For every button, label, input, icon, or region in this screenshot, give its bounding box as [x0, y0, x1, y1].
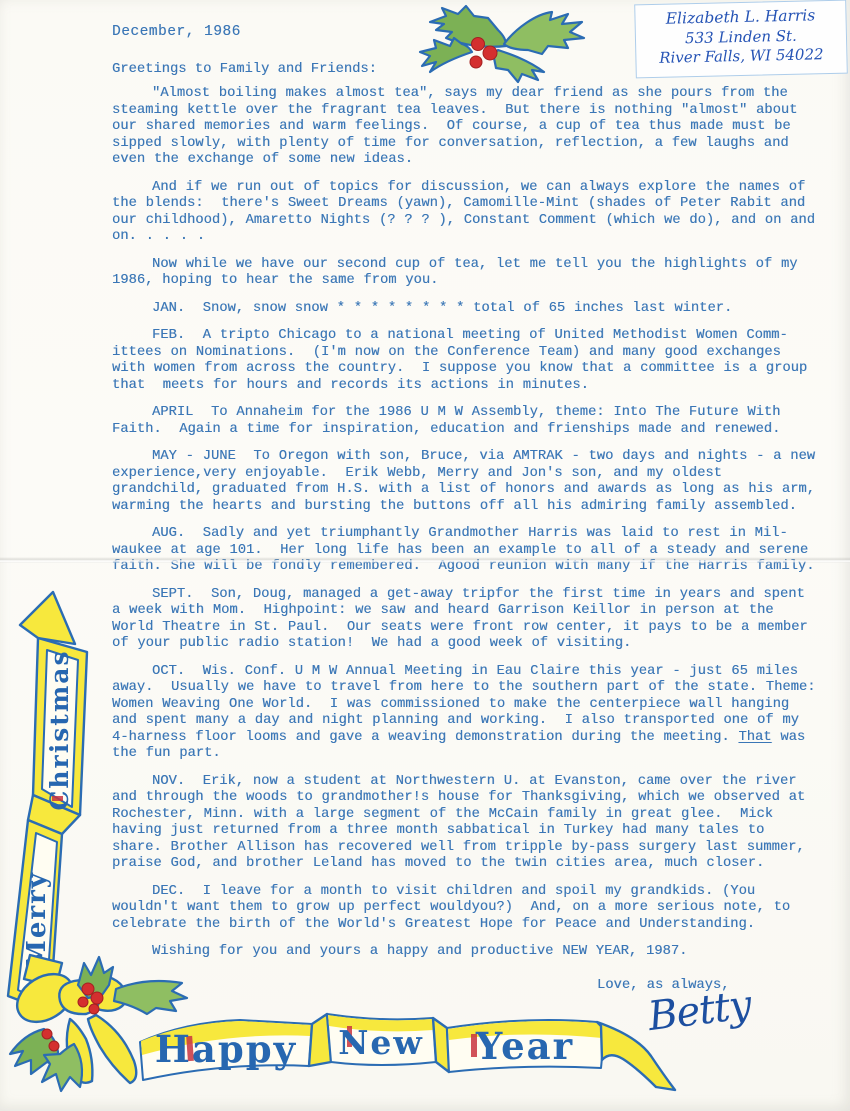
happy-new-year-banner: Happy New Year — [135, 1008, 680, 1108]
paragraph-jan: JAN. Snow, snow snow * * * * * * * * tot… — [112, 301, 816, 318]
paragraph-text: "Almost boiling makes almost tea", says … — [112, 86, 806, 167]
paragraph-text: FEB. A tripto Chicago to a national meet… — [112, 328, 816, 393]
paragraph-april: APRIL To Annaheim for the 1986 U M W Ass… — [112, 405, 816, 438]
paragraph-text: JAN. Snow, snow snow * * * * * * * * tot… — [152, 301, 732, 316]
paragraph-text: DEC. I leave for a month to visit childr… — [112, 884, 799, 932]
paragraph-feb: FEB. A tripto Chicago to a national meet… — [112, 328, 816, 394]
paragraph-text: Now while we have our second cup of tea,… — [112, 257, 806, 289]
banner-word-happy: Happy — [155, 1027, 297, 1071]
paragraph-oct: OCT. Wis. Conf. U M W Annual Meeting in … — [112, 664, 816, 763]
ribbon-word-christmas: Christmas — [45, 649, 74, 810]
paragraph-text: AUG. Sadly and yet triumphantly Grandmot… — [112, 526, 817, 574]
paragraph-text: NOV. Erik, now a student at Northwestern… — [112, 774, 814, 872]
paragraph-text: MAY - JUNE To Oregon with son, Bruce, vi… — [112, 449, 824, 514]
paragraph-aug: AUG. Sadly and yet triumphantly Grandmot… — [112, 526, 816, 576]
paragraph-text: OCT. Wis. Conf. U M W Annual Meeting in … — [112, 664, 824, 745]
banner-word-year: Year — [475, 1024, 574, 1068]
letter-date: December, 1986 — [112, 24, 241, 40]
paragraph-text: APRIL To Annaheim for the 1986 U M W Ass… — [112, 405, 789, 437]
paragraph-text: Wishing for you and yours a happy and pr… — [152, 944, 687, 959]
paragraph-sept: SEPT. Son, Doug, managed a get-away trip… — [112, 587, 816, 653]
paragraph-text: SEPT. Son, Doug, managed a get-away trip… — [112, 587, 816, 652]
letter-body: "Almost boiling makes almost tea", says … — [112, 86, 816, 961]
sender-city: River Falls, WI 54022 — [640, 45, 842, 69]
salutation: Greetings to Family and Friends: — [112, 62, 377, 77]
letter-page: Elizabeth L. Harris 533 Linden St. River… — [0, 0, 850, 1111]
underlined-text: That — [738, 730, 771, 745]
paragraph-wishing: Wishing for you and yours a happy and pr… — [112, 944, 816, 961]
holly-sprig-icon — [412, 2, 592, 84]
address-label: Elizabeth L. Harris 533 Linden St. River… — [634, 0, 848, 79]
paragraph-may-june: MAY - JUNE To Oregon with son, Bruce, vi… — [112, 449, 816, 515]
paragraph-tea: "Almost boiling makes almost tea", says … — [112, 86, 816, 169]
banner-word-new: New — [338, 1023, 424, 1062]
paragraph-dec: DEC. I leave for a month to visit childr… — [112, 884, 816, 934]
paragraph-text: And if we run out of topics for discussi… — [112, 180, 824, 245]
paragraph-nov: NOV. Erik, now a student at Northwestern… — [112, 774, 816, 873]
paragraph-blends: And if we run out of topics for discussi… — [112, 180, 816, 246]
paragraph-second-cup: Now while we have our second cup of tea,… — [112, 257, 816, 290]
